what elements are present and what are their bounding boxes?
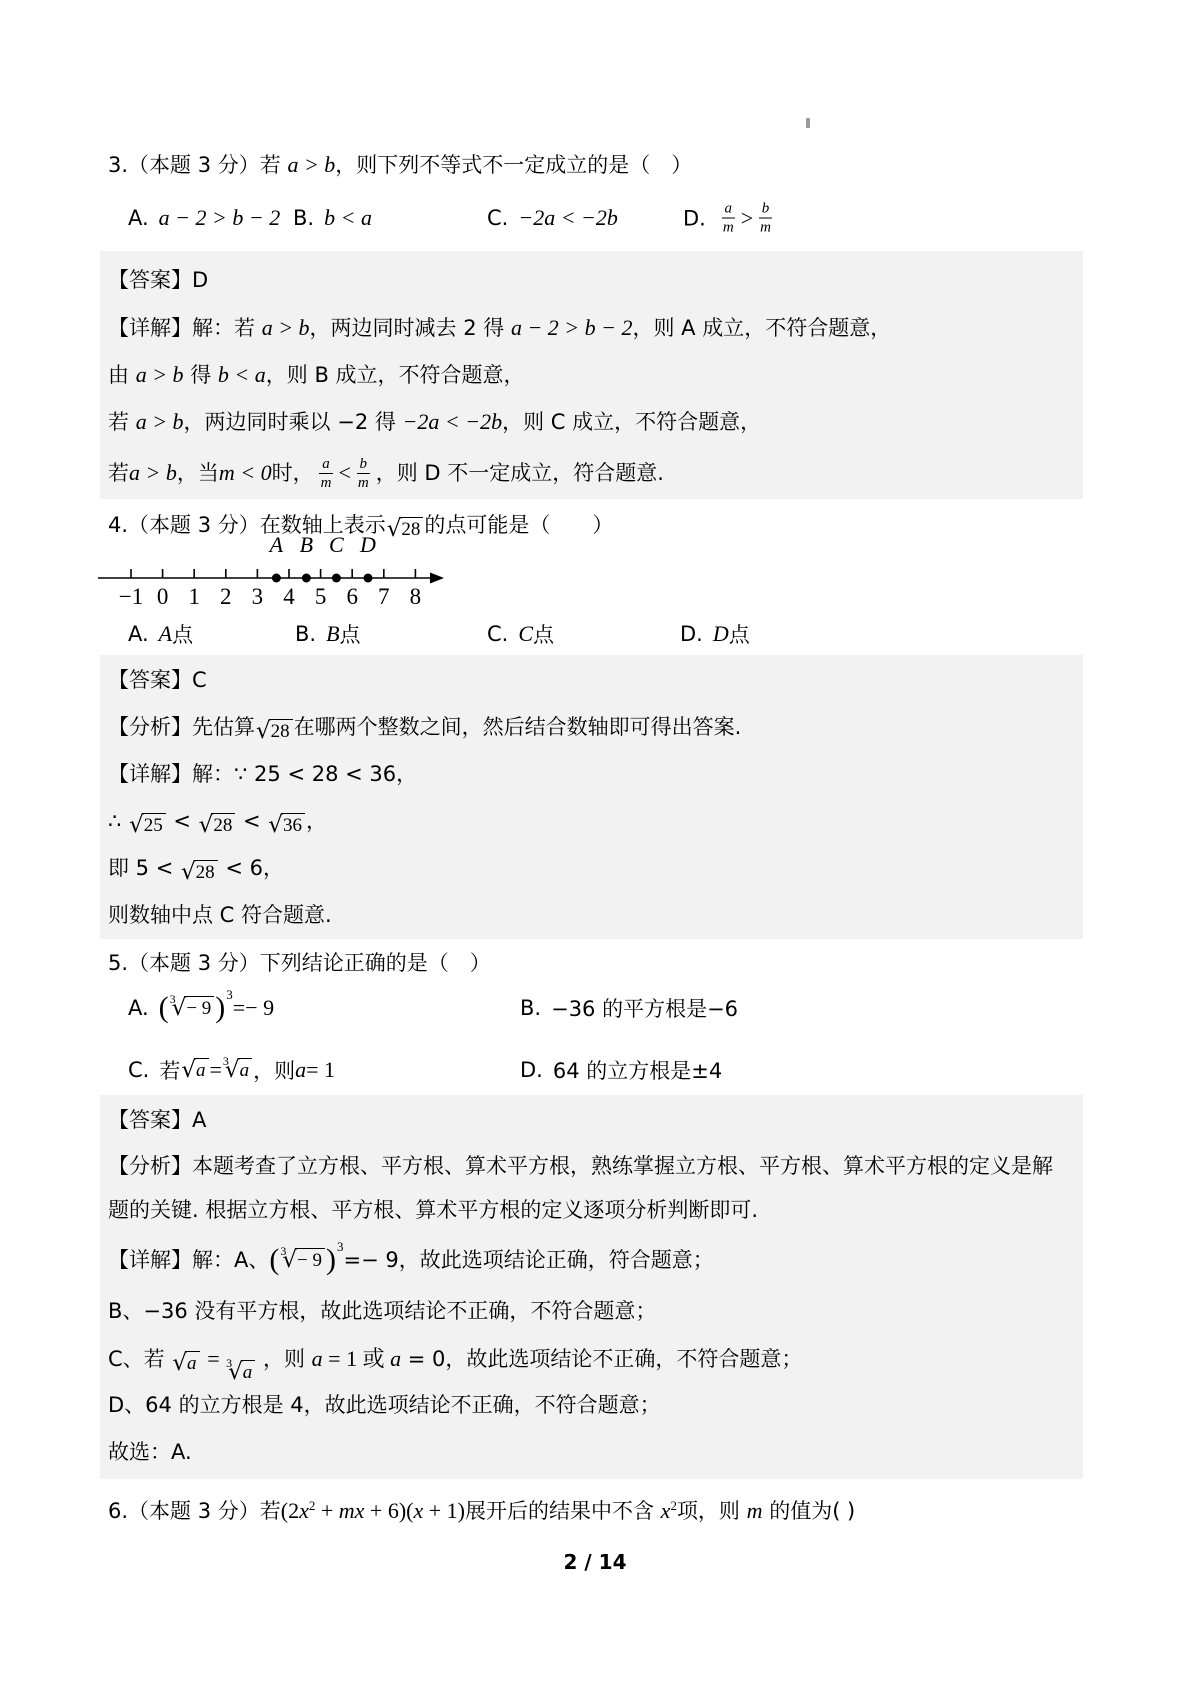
q5-conclusion-line: 故选：A. (108, 1429, 1073, 1476)
question-3-title: 3.（本题 3 分）若 a > b，则下列不等式不一定成立的是（ ） (108, 148, 692, 182)
svg-text:8: 8 (410, 584, 422, 609)
q3-detail-line-1: 【详解】解：若 a > b，两边同时减去 2 得 a − 2 > b − 2，则… (108, 304, 1073, 351)
question-3-options: A.a − 2 > b − 2 B.b < a C.−2a < −2b D. a… (0, 191, 1190, 245)
right-paren: ) (215, 993, 225, 1023)
svg-text:3: 3 (252, 584, 264, 609)
q5-analysis-paragraph: 【分析】本题考查了立方根、平方根、算术平方根，熟练掌握立方根、平方根、算术平方根… (108, 1144, 1073, 1232)
option-a-label: A. (128, 206, 149, 230)
q4-detail-line-2: ∴ √25 < √28 < √36， (108, 798, 1073, 845)
cube-root-minus-9: 3√− 9 (280, 1248, 325, 1273)
answer-letter: D (192, 268, 208, 292)
question-4-options: A.A 点 B.B 点 C.C 点 D.D 点 (0, 612, 1190, 656)
svg-text:5: 5 (315, 584, 327, 609)
answer-block-q4: 【答案】C 【分析】先估算√28在哪两个整数之间，然后结合数轴即可得出答案. 【… (100, 655, 1083, 939)
svg-text:7: 7 (378, 584, 390, 609)
page-number: 2 / 14 (0, 1550, 1190, 1574)
q3-option-d: D. am > bm (683, 200, 778, 237)
q3-answer-line: 【答案】D (108, 257, 1073, 304)
q4-option-c: C.C 点 (487, 619, 554, 649)
q4-detail-line-3: 即 5 < √28 < 6， (108, 845, 1073, 892)
sqrt-28: √28 (181, 860, 218, 885)
q3-text-pre: 3.（本题 3 分）若 (108, 153, 287, 177)
q4-detail-line-4: 则数轴中点 C 符合题意. (108, 892, 1073, 939)
q5-detail-line-1: 【详解】解：A、 ( 3√− 9 ) 3 =− 9，故此选项结论正确，符合题意； (108, 1232, 1073, 1288)
exponent-2: 2 (670, 1498, 677, 1513)
answer-label: 【答案】 (108, 268, 192, 292)
document-page: { "sym": {"sqrt": "√", "idx3": "3", "bec… (0, 0, 1190, 1683)
answer-block-q5: 【答案】A 【分析】本题考查了立方根、平方根、算术平方根，熟练掌握立方根、平方根… (100, 1095, 1083, 1479)
option-b-label: B. (293, 206, 314, 230)
q5-option-b: B.−36 的平方根是−6 (520, 993, 738, 1023)
exponent-3: 3 (226, 987, 233, 1003)
sqrt-28: √28 (199, 813, 236, 838)
q4-option-d: D.D 点 (680, 619, 750, 649)
sqrt-a: √a (181, 1058, 208, 1083)
q4-detail-line-1: 【详解】解：∵ 25 < 28 < 36， (108, 751, 1073, 798)
sqrt-36: √36 (268, 813, 305, 838)
svg-text:C: C (329, 532, 344, 557)
q5-option-a: A. ( 3√− 9 ) 3 =− 9 (128, 993, 274, 1023)
q3-math: a > b (287, 152, 335, 177)
option-c-label: C. (487, 206, 508, 230)
exponent-3: 3 (337, 1219, 344, 1275)
gt-sign: > (741, 205, 753, 231)
fraction-b-over-m: bm (757, 200, 774, 237)
left-paren: ( (269, 1245, 279, 1275)
left-paren: ( (159, 993, 169, 1023)
svg-text:4: 4 (283, 584, 295, 609)
option-d-label: D. (683, 206, 706, 230)
question-5-title: 5.（本题 3 分）下列结论正确的是（ ） (108, 946, 491, 980)
question-5-options-row-1: A. ( 3√− 9 ) 3 =− 9 B.−36 的平方根是−6 (0, 980, 1190, 1036)
exponent-2: 2 (309, 1498, 316, 1513)
right-paren: ) (326, 1245, 336, 1275)
number-line-figure: −1012345678ABCD (96, 532, 448, 612)
q4-option-b: B.B 点 (295, 619, 361, 649)
q4-option-a: A.A 点 (128, 619, 193, 649)
q4-analysis-line: 【分析】先估算√28在哪两个整数之间，然后结合数轴即可得出答案. (108, 704, 1073, 751)
svg-text:−1: −1 (119, 584, 143, 609)
svg-text:B: B (300, 532, 313, 557)
svg-text:0: 0 (157, 584, 169, 609)
svg-text:A: A (268, 532, 284, 557)
fraction-b-over-m: bm (355, 455, 372, 492)
therefore-symbol: ∴ (108, 809, 121, 833)
q5-detail-line-4: D、64 的立方根是 4，故此选项结论不正确，不符合题意； (108, 1382, 1073, 1429)
q3-option-c: C.−2a < −2b (487, 205, 618, 231)
q3-text-post: ，则下列不等式不一定成立的是（ ） (335, 153, 692, 177)
option-a-math: a − 2 > b − 2 (159, 205, 281, 231)
question-6-title: 6.（本题 3 分）若(2x2 + mx + 6)(x + 1)展开后的结果中不… (108, 1494, 855, 1531)
answer-block-q3: 【答案】D 【详解】解：若 a > b，两边同时减去 2 得 a − 2 > b… (100, 251, 1083, 499)
stray-mark (806, 118, 810, 128)
svg-text:6: 6 (346, 584, 358, 609)
option-b-math: b < a (324, 205, 372, 231)
sqrt-a: √a (172, 1351, 199, 1376)
q5-option-d: D.64 的立方根是±4 (520, 1055, 722, 1085)
q5-detail-line-2: B、−36 没有平方根，故此选项结论不正确，不符合题意； (108, 1288, 1073, 1335)
svg-text:2: 2 (220, 584, 232, 609)
because-symbol: ∵ (234, 762, 247, 786)
q5-detail-line-3: C、若 √a = 3√a ，则 a = 1 或 a = 0，故此选项结论不正确，… (108, 1335, 1073, 1382)
cube-root-a: 3√a (223, 1058, 252, 1083)
q3-option-b: B.b < a (293, 205, 372, 231)
q3-option-a: A.a − 2 > b − 2 (128, 205, 280, 231)
fraction-a-over-m: am (720, 200, 737, 237)
option-c-math: −2a < −2b (518, 205, 618, 231)
cube-root-minus-9: 3√− 9 (170, 996, 215, 1021)
q3-detail-line-4: 若 a > b，当 m < 0 时， am < bm ，则 D 不一定成立，符合… (108, 445, 1073, 501)
lt-sign: < (338, 445, 350, 501)
fraction-a-over-m: am (318, 455, 335, 492)
sqrt-28: √28 (256, 719, 293, 744)
svg-text:1: 1 (188, 584, 200, 609)
q5-option-c: C. 若 √a = 3√a ，则 a = 1 (128, 1055, 335, 1085)
q3-detail-line-2: 由 a > b 得 b < a，则 B 成立，不符合题意， (108, 351, 1073, 398)
question-5-options-row-2: C. 若 √a = 3√a ，则 a = 1 D.64 的立方根是±4 (0, 1046, 1190, 1094)
q5-answer-line: 【答案】A (108, 1097, 1073, 1144)
sqrt-25: √25 (129, 813, 166, 838)
q3-detail-line-3: 若 a > b，两边同时乘以 −2 得 −2a < −2b，则 C 成立，不符合… (108, 398, 1073, 445)
svg-text:D: D (359, 532, 376, 557)
q4-answer-line: 【答案】C (108, 657, 1073, 704)
